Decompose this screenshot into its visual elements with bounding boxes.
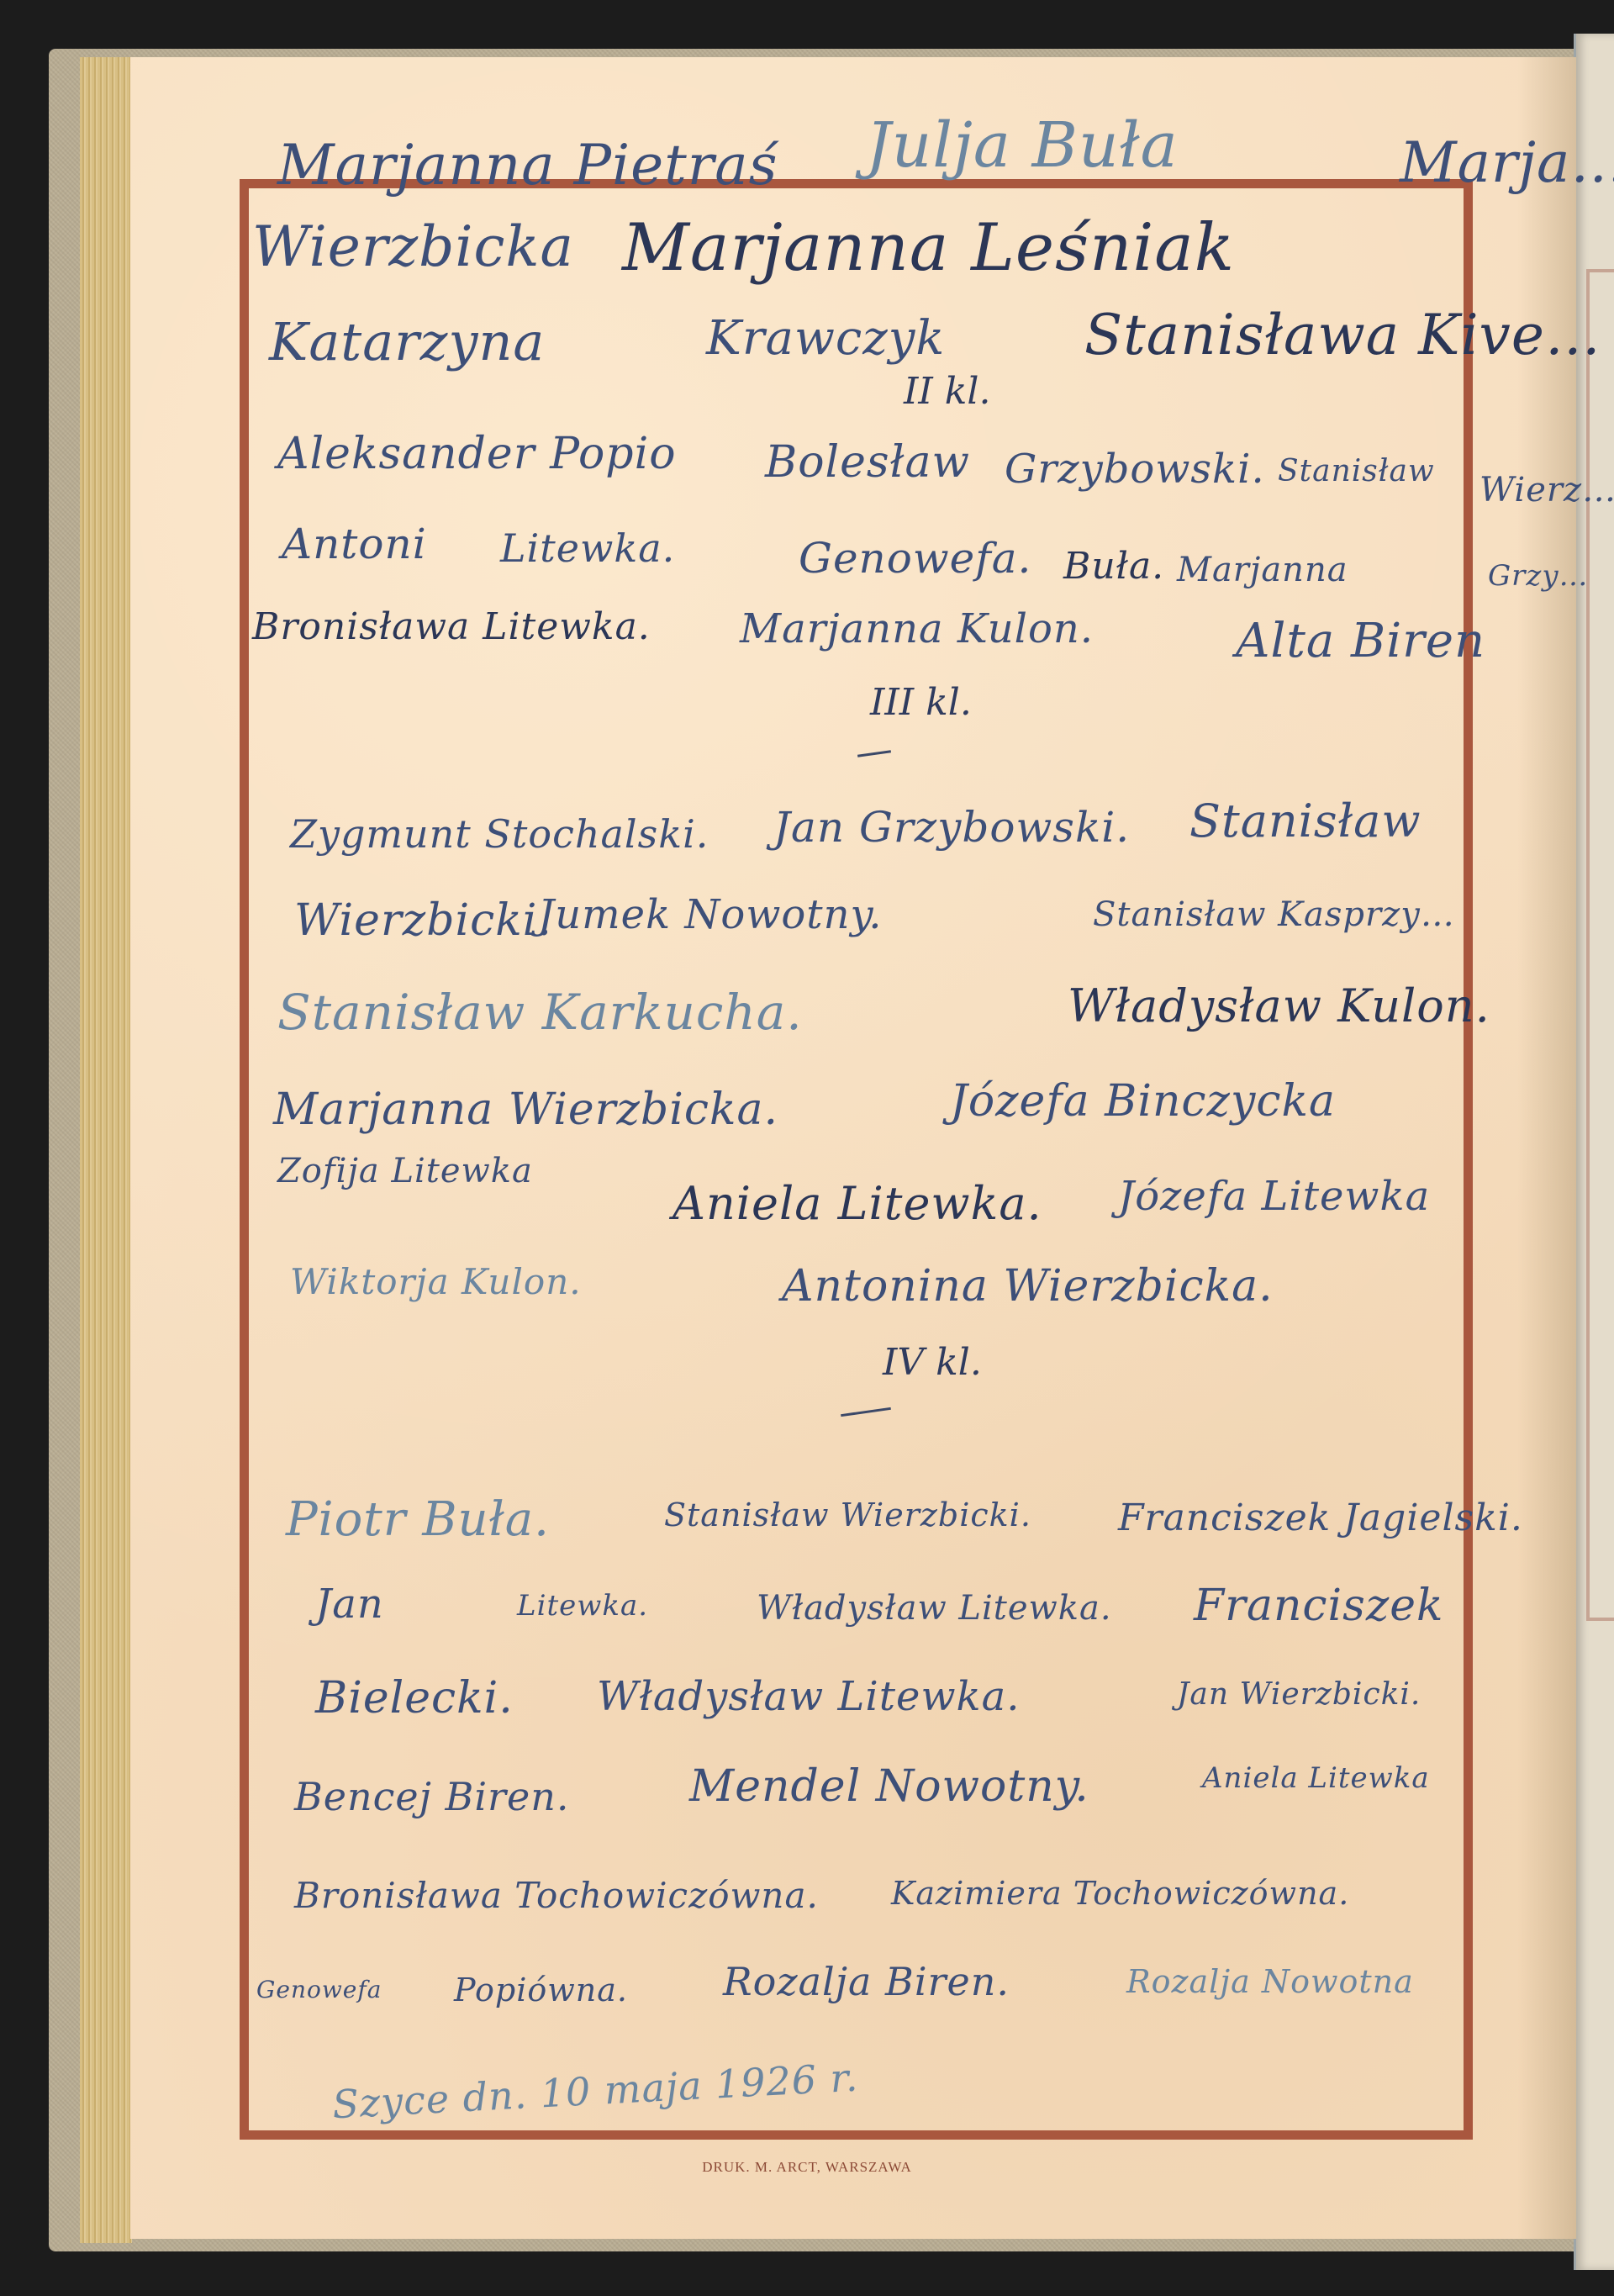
name-text: Stanisław Wierzbicki.	[664, 1496, 1031, 1533]
name-text: Wiktorja Kulon.	[290, 1261, 582, 1302]
name-text: Julja Buła	[866, 109, 1179, 182]
name-text: Władysław Kulon.	[1068, 979, 1490, 1032]
name-text: Litewka.	[500, 525, 675, 571]
name-text: Bencej Biren.	[294, 1774, 570, 1819]
name-text: Franciszek Jagielski.	[1118, 1496, 1523, 1539]
name-text: Franciszek	[1194, 1581, 1444, 1631]
name-text: Józefa Binczycka	[950, 1076, 1336, 1127]
name-text: Genowefa	[256, 1976, 382, 2003]
name-text: Popiówna.	[454, 1971, 628, 2008]
name-text: Marjanna Pietraś	[277, 133, 778, 198]
name-text: Marjanna Kulon.	[740, 605, 1094, 652]
page-edges	[80, 57, 132, 2243]
name-text: Jumek Nowotny.	[538, 891, 883, 938]
name-text: Jan	[315, 1581, 384, 1628]
name-text: Krawczyk	[706, 311, 945, 366]
name-text: Władysław Litewka.	[757, 1589, 1112, 1628]
name-text: Antoni	[282, 520, 427, 568]
name-text: Bronisława Tochowiczówna.	[294, 1875, 819, 1916]
name-text: Władysław Litewka.	[597, 1673, 1020, 1720]
name-text: Litewka.	[517, 1589, 648, 1623]
name-text: Marjanna Leśniak	[622, 210, 1235, 286]
class-heading: II kl.	[904, 370, 990, 413]
name-text: Piotr Buła.	[286, 1492, 550, 1547]
name-text: Genowefa.	[799, 534, 1031, 583]
class-heading: III kl.	[870, 681, 972, 724]
name-text: Zofija Litewka	[277, 1152, 533, 1190]
name-text: Wierz…	[1479, 471, 1614, 509]
name-text: Bielecki.	[315, 1673, 514, 1723]
name-text: Stanisław Kasprzy…	[1093, 895, 1455, 934]
name-text: Stanisław	[1278, 454, 1435, 488]
name-text: Stanisława Kive…	[1084, 303, 1601, 367]
gutter-shadow	[1517, 57, 1576, 2239]
name-text: Marjanna	[1177, 551, 1348, 589]
name-text: Katarzyna	[269, 311, 545, 372]
name-text: Marja…	[1400, 130, 1614, 195]
name-text: Grzy…	[1488, 559, 1589, 593]
name-text: Antonina Wierzbicka.	[782, 1261, 1274, 1312]
name-text: Józefa Litewka	[1118, 1173, 1430, 1220]
adjacent-page-edge	[1574, 34, 1614, 2270]
name-text: Zygmunt Stochalski.	[290, 811, 709, 857]
name-text: Marjanna Wierzbicka.	[273, 1085, 778, 1135]
class-heading: IV kl.	[883, 1341, 982, 1384]
name-text: Wierzbicki.	[294, 895, 552, 946]
name-text: Rozalja Nowotna	[1126, 1963, 1414, 2000]
name-text: Buła.	[1063, 545, 1164, 588]
name-text: Bronisława Litewka.	[252, 605, 651, 648]
name-text: Aniela Litewka.	[672, 1177, 1042, 1230]
name-text: Kazimiera Tochowiczówna.	[891, 1875, 1349, 1912]
name-text: Grzybowski.	[1005, 446, 1265, 493]
name-text: Mendel Nowotny.	[689, 1761, 1089, 1812]
name-text: Stanisław Karkucha.	[277, 984, 803, 1041]
name-text: Jan Grzybowski.	[773, 803, 1130, 852]
name-text: Aleksander Popio	[277, 429, 677, 479]
name-text: Bolesław	[765, 437, 970, 488]
name-text: Stanisław	[1189, 794, 1421, 847]
name-text: Rozalja Biren.	[723, 1959, 1010, 2004]
name-text: Aniela Litewka	[1202, 1761, 1430, 1795]
name-text: Jan Wierzbicki.	[1177, 1677, 1421, 1712]
printer-imprint: DRUK. M. ARCT, WARSZAWA	[0, 2159, 1614, 2176]
name-text: Wierzbicka	[252, 214, 574, 279]
name-text: Alta Biren	[1236, 614, 1485, 668]
